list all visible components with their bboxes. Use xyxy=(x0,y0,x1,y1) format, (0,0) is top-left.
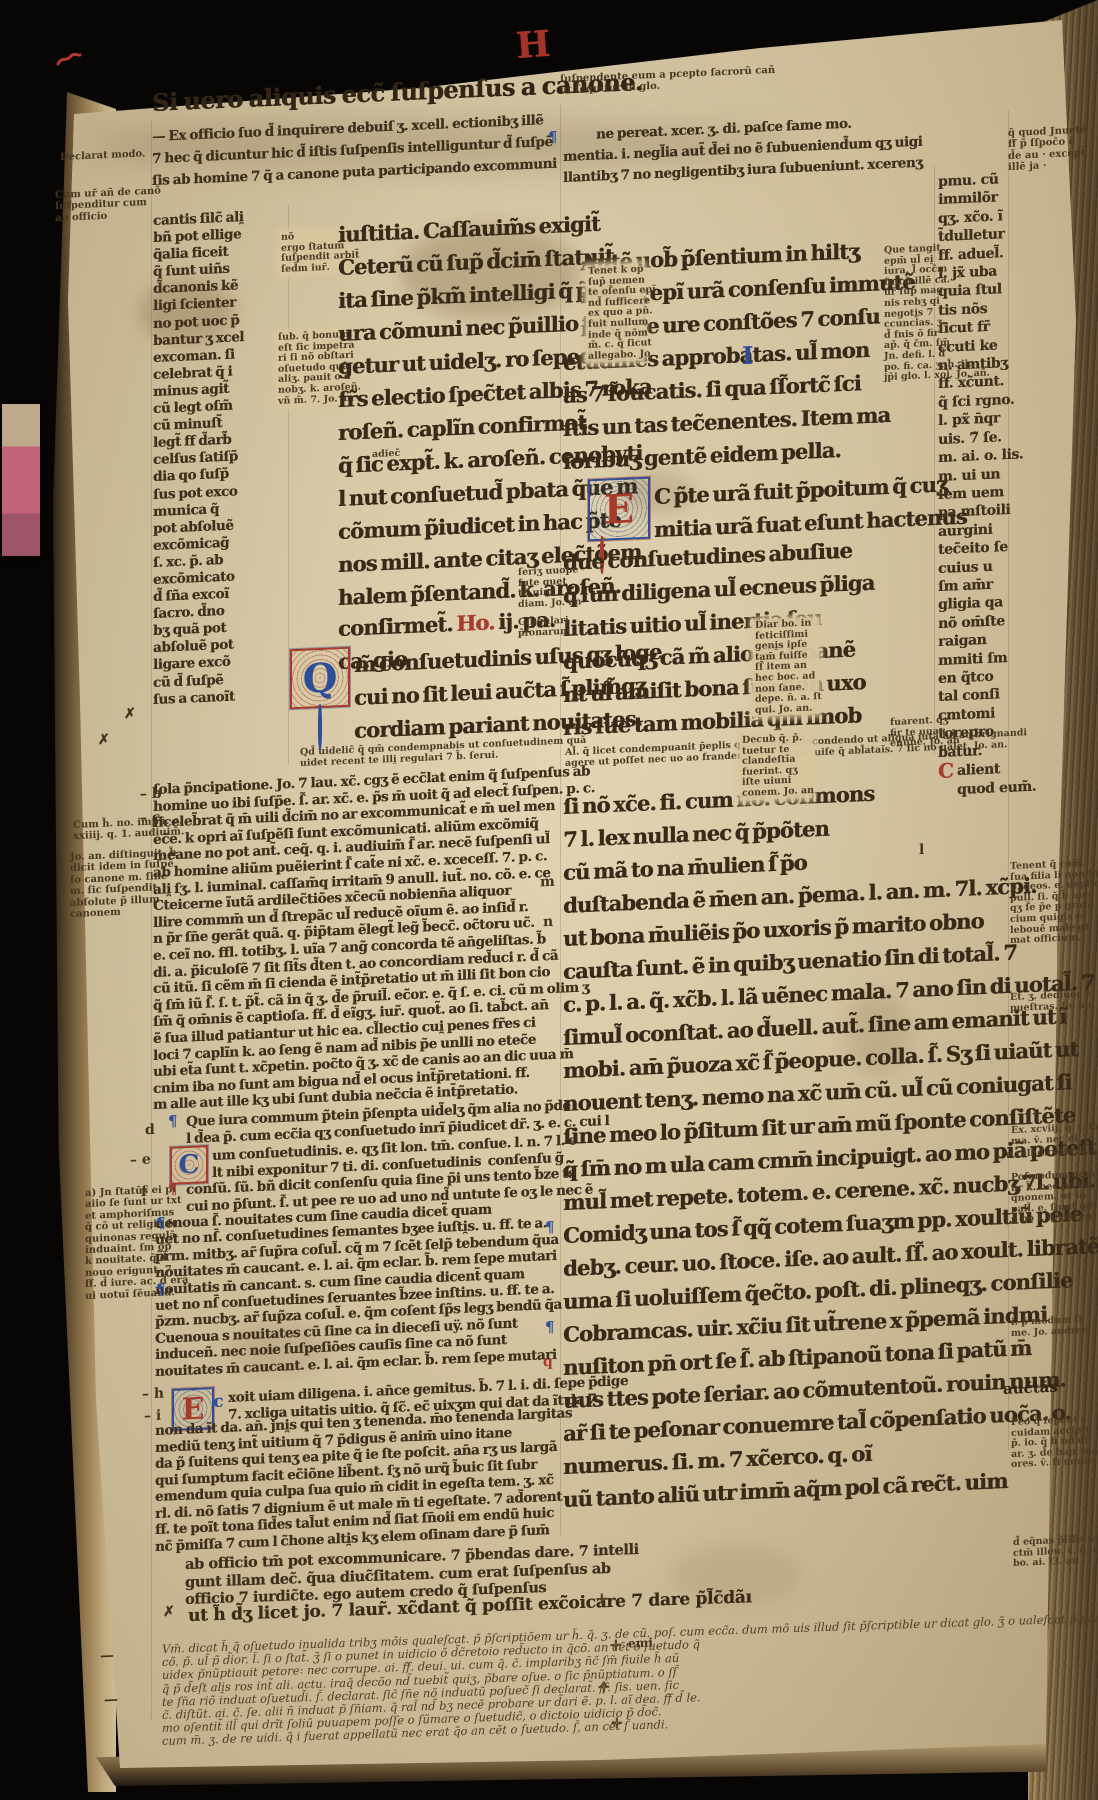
margin-letter-d: d xyxy=(145,1122,155,1138)
col2-main-text-c: ſi nõ xc̃e. fi. cum no. coſimons7 l. lex… xyxy=(563,771,1011,1516)
cross-mark: ✛ xyxy=(610,1638,622,1655)
col2-calient-lines: alientquod eum̃. xyxy=(957,759,1017,800)
col2-right-narrow-column: pmu. cũimmilõrqʒ. xc̃o. ĩt̃dulleturff. a… xyxy=(938,170,1010,762)
margin-letter-q: q xyxy=(543,1354,553,1370)
margin-letter-m: m xyxy=(540,874,555,891)
col1-commentary: ſola p̃ncipatione. Jo. 7 lau. xc̃. cgʒ ẽ… xyxy=(153,764,565,1114)
col1-expedit-block-body: non da ĩt da. an̄. jni̯s qui ten ʒ tenen… xyxy=(155,1405,565,1555)
flourish-mark: — xyxy=(100,1648,114,1665)
red-pen-squiggle-icon xyxy=(56,52,82,68)
pilcrow-mark: ¶ xyxy=(545,1218,555,1236)
col2-inset-tenet: Tenet k op̃ſup̃ uemente oſ̃enſu epĩnd̃ ſ… xyxy=(586,264,644,364)
margin-letter-n: n xyxy=(543,914,553,930)
margin-note-canone: Cum ur̃ añ de canõſuſpenditur cumab offi… xyxy=(55,186,155,224)
x-mark: ✗ xyxy=(124,706,136,723)
margin-note-rm9: i. p̃ modum ſime. Jo. andree xyxy=(1011,1315,1081,1339)
col1-main-text: iuſtitia. Caſſauim̃s exigit̃Ceterũ cũ ſu… xyxy=(338,207,588,614)
small-initial-c-blue: c xyxy=(213,1394,223,1411)
cross-mark: ✛ xyxy=(598,1680,610,1697)
margin-letter-e: – e xyxy=(130,1152,151,1169)
margin-note-rm8: Poſmodum nomur k̃. nec po ſteq̃nonem. ur… xyxy=(1011,1170,1087,1226)
small-initial-C-red: C xyxy=(938,761,954,780)
gutter-gloss-a: ſeriʒ uuopefute quettn̄ uincdiam. Jo. an xyxy=(518,566,576,611)
margin-note-rm3: fuarent. qʒfir te uuauenune. Jo. an xyxy=(890,716,942,750)
pilcrow-mark: ¶ xyxy=(156,1214,166,1232)
pilcrow-mark: ¶ xyxy=(156,1280,166,1298)
col2-main-text-b: due conſuetudines abuſiueq̃ ſun diligena… xyxy=(563,530,935,744)
margin-note-rm6: Ex. xcviij. q̃. i. ſal̃ma. v̄. nec ei. ſ… xyxy=(1011,1123,1091,1148)
pilcrow-mark: ¶ xyxy=(168,1112,178,1130)
col2-inset-diar: Diar bo. infeticiſſimigeni̯s ipſetam̄ fu… xyxy=(753,617,819,717)
initial-Q-tail xyxy=(318,704,322,750)
margin-letter-i: – i xyxy=(144,1408,161,1425)
cross-mark: ✛ xyxy=(611,1716,623,1733)
col2-inset-decub: Decub q̃. p̃.tuetur teclandeſtĩafuerint.… xyxy=(740,732,812,801)
col1-interlinear-adiect: adiec̃ xyxy=(372,449,400,461)
margin-letter-b: – b xyxy=(140,786,162,803)
margin-catchword-auctas: auc̃tãs xyxy=(1003,1378,1058,1398)
gutter-gloss-b: Gingulari̯p̃ſonarum xyxy=(518,615,580,639)
quire-signature-emi: emi xyxy=(628,1635,653,1650)
x-mark: ✗ xyxy=(163,1604,175,1621)
pilcrow-mark: ¶ xyxy=(545,1318,555,1336)
col1-narrow-gloss-column: cantis ſilc̃ ali̯bñ pot elligeq̃alia fic… xyxy=(153,208,275,709)
decorated-initial-Q: Q xyxy=(290,647,350,710)
flourish-mark: — xyxy=(104,1692,118,1709)
col1-q-block-text: m̃ conſuetudinis uſus qʒ logecui no ſit … xyxy=(354,639,569,747)
margin-letter-h: – h xyxy=(142,1386,164,1403)
cross-mark: ✛ xyxy=(596,1592,608,1609)
litterae-initial-I-blue: I xyxy=(742,348,753,365)
manuscript-photo: H Si uero aliquis ecc̃ ſuſpenſus a cano​… xyxy=(0,0,1098,1800)
pilcrow-mark: ¶ xyxy=(548,128,558,146)
margin-note-que-tangit: Que tangitepm̄ ul̃ ei̯iura. l̃ occ̃mfuic… xyxy=(884,244,942,384)
margin-note-rm5: Et. ʒ. d̃ediuor ẽpueſtras. Jo. an. xyxy=(1010,990,1090,1015)
col1-commentary-extra: uenoua ſ̃. nouitates cum ſine caudia dic… xyxy=(155,1199,563,1381)
margin-note-rm12: d̃ eq̃nas p̃ſilis ſectm̄ illew. v̄. q̃. … xyxy=(1013,1535,1093,1570)
ho-line-red: Ho. xyxy=(456,609,494,636)
margin-note-tenent: Tenent q̃ com̄.ſua filia li non fitp̃. d… xyxy=(1010,859,1082,947)
ruling-line xyxy=(288,205,289,765)
margin-note-rm11: Peo q̃ ſepant ꞇcuidam accipitp̃. io. q̃ … xyxy=(1011,1415,1087,1471)
decorated-initial-E: E xyxy=(588,477,650,542)
pilcrow-mark: ¶ xyxy=(168,1180,178,1198)
quire-mark: H xyxy=(515,23,552,67)
x-mark: ✗ xyxy=(98,732,110,749)
margin-letter-f: f xyxy=(141,1184,147,1200)
margin-letter-l: l xyxy=(919,842,924,858)
margin-note-rm1: q̃ quod Jnuetẽff̃ p̃ ſſpoc̃o ẽd̃e au · e… xyxy=(1008,124,1092,173)
bookmark-tab xyxy=(2,404,40,556)
ruling-line xyxy=(151,120,152,1720)
ho-line-pre: conſirmet̃. xyxy=(338,611,456,641)
margin-letter-c: – c xyxy=(140,810,160,827)
